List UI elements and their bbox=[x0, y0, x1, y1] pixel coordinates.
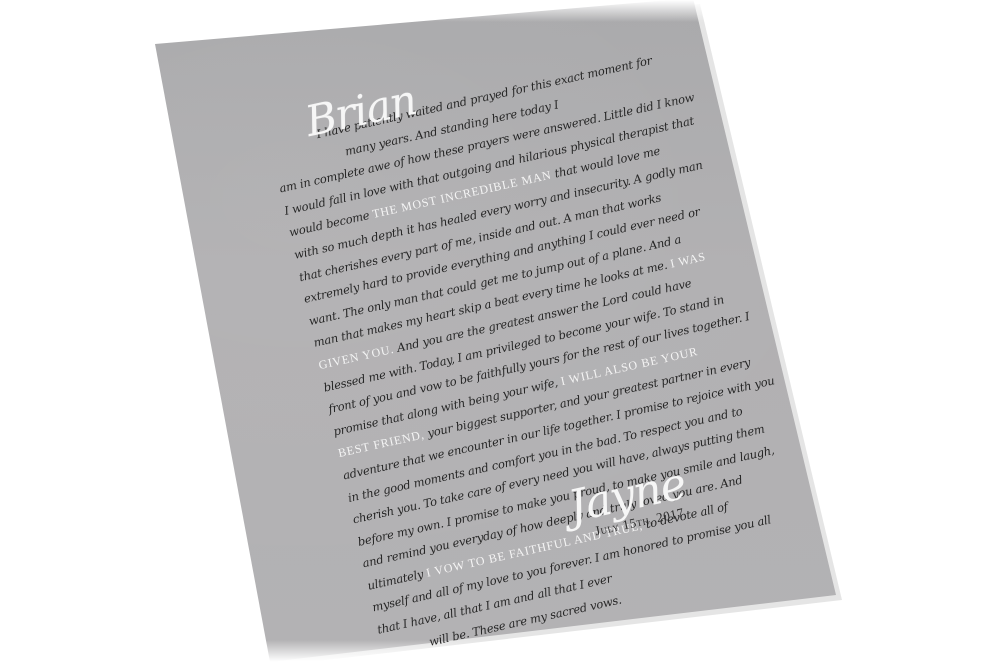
vow-highlight-text: I was bbox=[669, 250, 707, 271]
product-photo: I have patiently waited and prayed for t… bbox=[0, 0, 1000, 667]
